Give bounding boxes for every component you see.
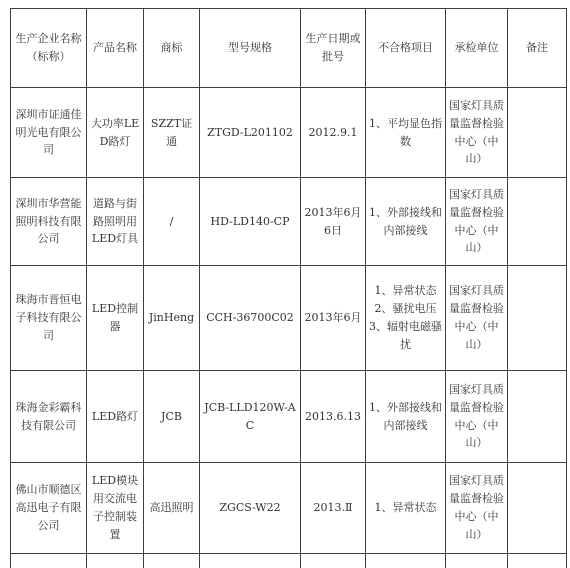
cell-model: JCB-LLD120W-AC (200, 371, 301, 463)
header-brand: 商标 (144, 9, 200, 88)
cell-company: 珠海金彩霸科技有限公司 (11, 371, 87, 463)
cell-brand: JCB (144, 371, 200, 463)
cell-date: 2013.6.13 (301, 371, 366, 463)
cell-company: 深圳市华营能照明科技有限公司 (11, 178, 87, 266)
cell-brand: SZZT证通 (144, 88, 200, 178)
cell-remark (508, 88, 567, 178)
cell-inspector: 国家灯具质量监督检验中心（中山） (446, 463, 508, 554)
table-row: 深圳市华营能照明科技有限公司 道路与街路照明用LED灯具 / HD-LD140-… (11, 178, 567, 266)
cell-brand: 高迅照明 (144, 463, 200, 554)
qc-results-table: 生产企业名称（标称） 产品名称 商标 型号规格 生产日期或批号 不合格项目 承检… (10, 8, 567, 558)
cell-defects: 1、平均显色指数 (366, 88, 446, 178)
header-company: 生产企业名称（标称） (11, 9, 87, 88)
cell-defects: 1、异常状态 2、骚扰电压 3、辐射电磁骚扰 (366, 266, 446, 371)
table-row: 深圳市证通佳明光电有限公司 大功率LED路灯 SZZT证通 ZTGD-L2011… (11, 88, 567, 178)
header-date: 生产日期或批号 (301, 9, 366, 88)
cell-inspector: 国家灯具质量监督检验中心（中山） (446, 178, 508, 266)
cell-product: 大功率LED路灯 (87, 88, 144, 178)
cell-remark (508, 371, 567, 463)
cell-company: 佛山市顺德区高迅电子有限公司 (11, 463, 87, 554)
cell-model: ZGCS-W22 (200, 463, 301, 554)
cell-remark (508, 266, 567, 371)
cell-date: 2012.9.1 (301, 88, 366, 178)
header-defects: 不合格项目 (366, 9, 446, 88)
table-row: 珠海市晋恒电子科技有限公司 LED控制器 JinHeng CCH-36700C0… (11, 266, 567, 371)
cell-model: ZTGD-L201102 (200, 88, 301, 178)
cell-company: 深圳市证通佳明光电有限公司 (11, 88, 87, 178)
cell-brand: / (144, 178, 200, 266)
cell-product: LED模块用交流电子控制装置 (87, 463, 144, 554)
cell-inspector: 国家灯具质量监督检验中心（中山） (446, 266, 508, 371)
cell-model: HD-LD140-CP (200, 178, 301, 266)
cell-remark (508, 178, 567, 266)
cell-inspector: 国家灯具质量监督检验中心（中山） (446, 88, 508, 178)
table-header-row: 生产企业名称（标称） 产品名称 商标 型号规格 生产日期或批号 不合格项目 承检… (11, 9, 567, 88)
cell-defects: 1、外部接线和内部接线 (366, 178, 446, 266)
cell-date: 2013年6月6日 (301, 178, 366, 266)
cell-date: 2013.Ⅱ (301, 463, 366, 554)
header-inspector: 承检单位 (446, 9, 508, 88)
table-row: 珠海金彩霸科技有限公司 LED路灯 JCB JCB-LLD120W-AC 201… (11, 371, 567, 463)
cell-defects: 1、外部接线和内部接线 (366, 371, 446, 463)
cell-date: 2013年6月 (301, 266, 366, 371)
cell-product: LED控制器 (87, 266, 144, 371)
header-product: 产品名称 (87, 9, 144, 88)
cell-inspector: 国家灯具质量监督检验中心（中山） (446, 371, 508, 463)
cell-product: 道路与街路照明用LED灯具 (87, 178, 144, 266)
qc-results-table-wrap: 生产企业名称（标称） 产品名称 商标 型号规格 生产日期或批号 不合格项目 承检… (10, 8, 567, 558)
header-model: 型号规格 (200, 9, 301, 88)
cell-product: LED路灯 (87, 371, 144, 463)
cell-brand: JinHeng (144, 266, 200, 371)
table-row-clipped (11, 554, 567, 559)
cell-model: CCH-36700C02 (200, 266, 301, 371)
cell-defects: 1、异常状态 (366, 463, 446, 554)
cell-remark (508, 463, 567, 554)
table-row: 佛山市顺德区高迅电子有限公司 LED模块用交流电子控制装置 高迅照明 ZGCS-… (11, 463, 567, 554)
cell-company: 珠海市晋恒电子科技有限公司 (11, 266, 87, 371)
header-remark: 备注 (508, 9, 567, 88)
